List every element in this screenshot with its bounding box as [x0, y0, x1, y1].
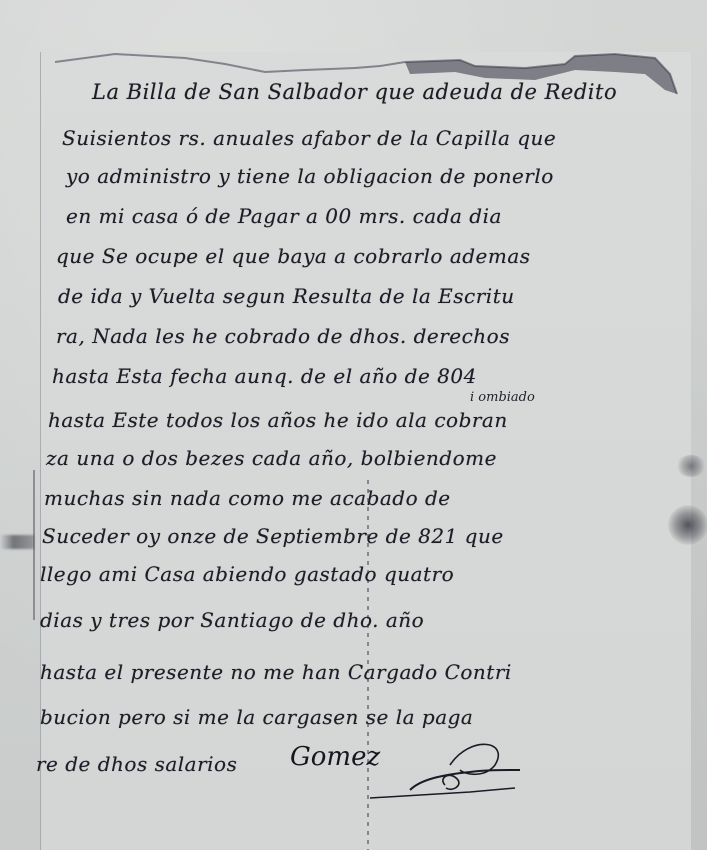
text-line-5: que Se ocupe el que baya a cobrarlo adem…: [56, 244, 531, 268]
text-line-6: de ida y Vuelta segun Resulta de la Escr…: [58, 284, 515, 308]
text-line-12: Suceder oy onze de Septiembre de 821 que: [42, 524, 504, 548]
text-line-8: hasta Esta fecha aunq. de el año de 804: [52, 364, 477, 388]
text-line-1: La Billa de San Salbador que adeuda de R…: [92, 80, 617, 104]
text-line-9: hasta Este todos los años he ido ala cob…: [48, 408, 508, 432]
text-line-2: Suisientos rs. anuales afabor de la Capi…: [62, 126, 556, 150]
text-line-13: llego ami Casa abiendo gastado quatro: [40, 562, 454, 586]
signature-rubric-icon: [270, 730, 530, 810]
text-line-7: ra, Nada les he cobrado de dhos. derecho…: [56, 324, 510, 348]
manuscript-photo: La Billa de San Salbador que adeuda de R…: [0, 0, 707, 850]
text-line-11: muchas sin nada como me acabado de: [44, 486, 451, 510]
text-line-16: bucion pero si me la cargasen se la paga: [40, 705, 473, 729]
text-line-15: hasta el presente no me han Cargado Cont…: [40, 660, 512, 684]
text-line-10: za una o dos bezes cada año, bolbiendome: [46, 446, 497, 470]
text-line-14: dias y tres por Santiago de dho. año: [40, 608, 424, 632]
interlinear-insertion: i ombiado: [470, 390, 535, 405]
text-line-17: re de dhos salarios: [36, 752, 237, 776]
text-line-4: en mi casa ó de Pagar a 00 mrs. cada dia: [66, 204, 502, 228]
manuscript-text: La Billa de San Salbador que adeuda de R…: [0, 0, 707, 850]
text-line-3: yo administro y tiene la obligacion de p…: [66, 164, 554, 188]
